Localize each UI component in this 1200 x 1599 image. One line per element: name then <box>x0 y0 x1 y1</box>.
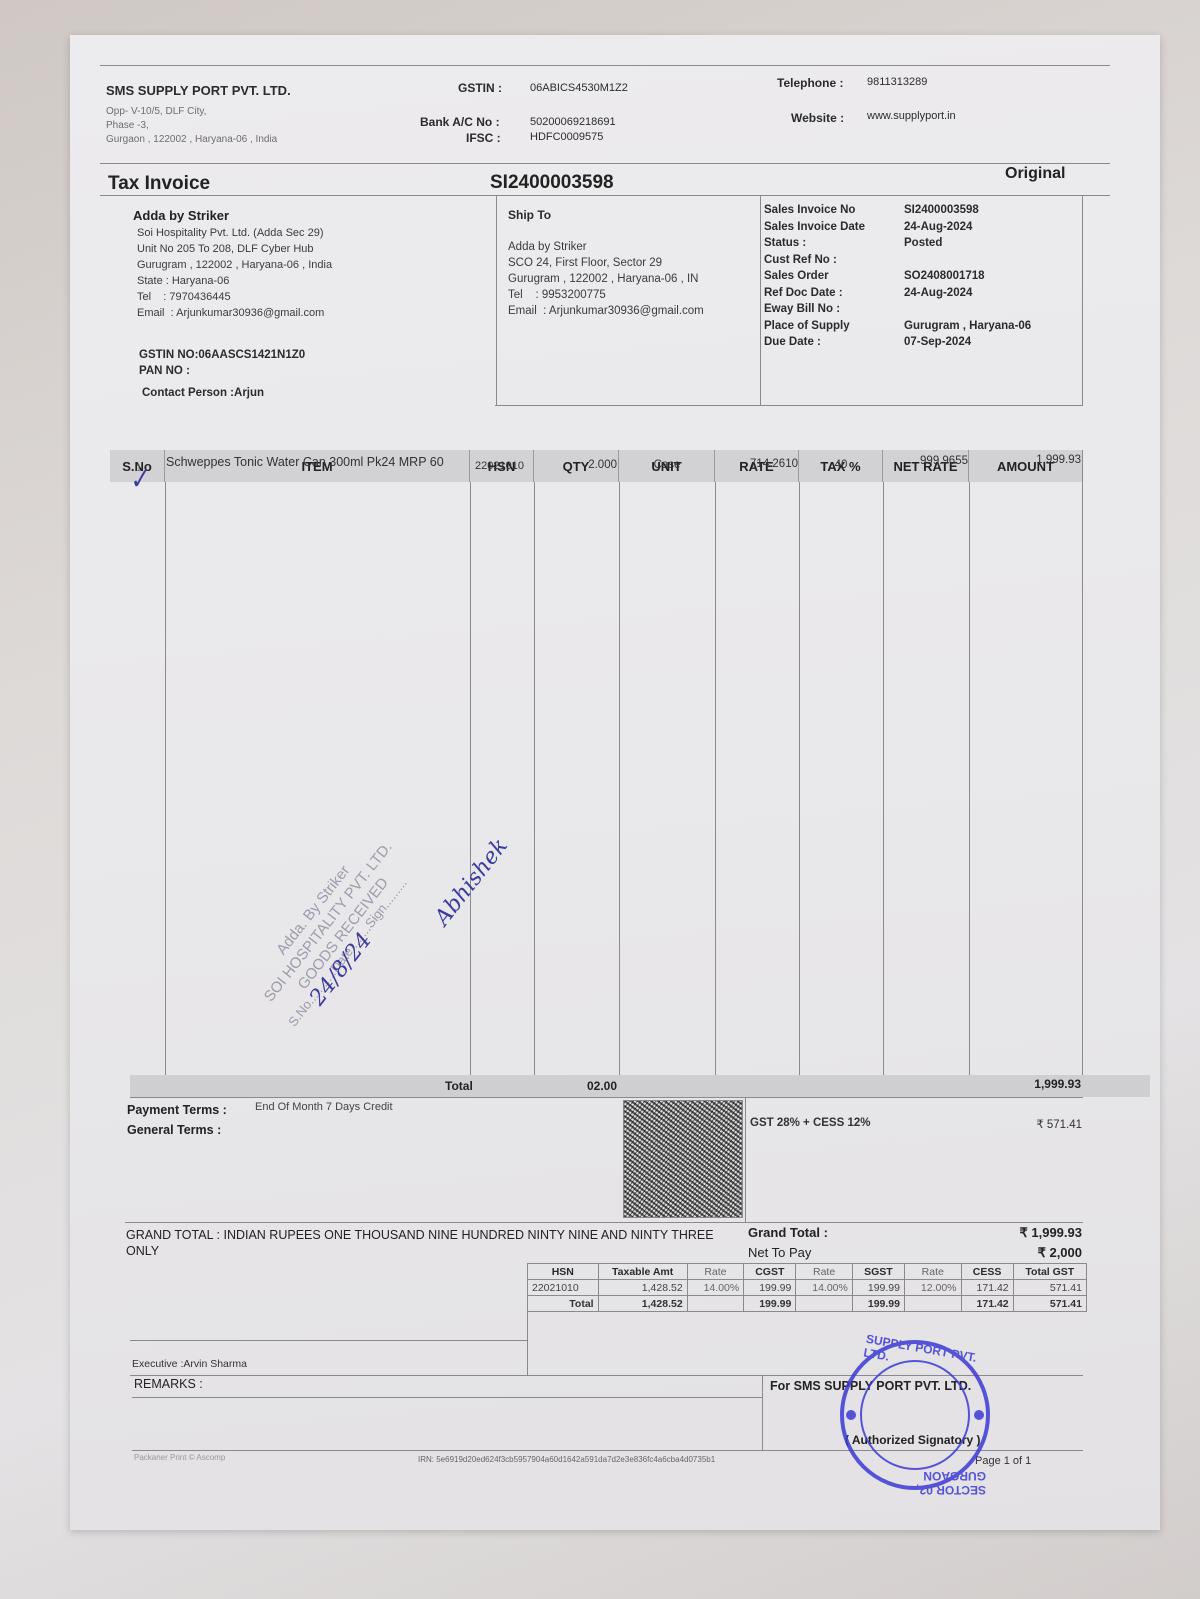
page-number: Page 1 of 1 <box>975 1455 1031 1467</box>
printed-by: Packaner Print © Ascomp <box>134 1453 225 1462</box>
meta-sales-order: SO2408001718 <box>904 268 985 285</box>
rate-cell: 12.00% <box>904 1280 961 1296</box>
meta-ref-doc-date: 24-Aug-2024 <box>904 285 972 302</box>
ship-to-line: Tel : 9953200775 <box>508 287 704 303</box>
rate-cell: 14.00% <box>687 1280 744 1296</box>
ship-to-label: Ship To <box>508 208 551 222</box>
meta-row: Sales Invoice Date24-Aug-2024 <box>764 219 1031 236</box>
ship-to-line: Email : Arjunkumar30936@gmail.com <box>508 303 704 319</box>
taxable-total-cell: 1,428.52 <box>598 1296 687 1312</box>
meta-status: Posted <box>904 235 942 252</box>
seal-bottom-text: SECTOR 02, GURGAON <box>874 1469 986 1497</box>
meta-row: Place of SupplyGurugram , Haryana-06 <box>764 318 1031 335</box>
cgst-rate-col: Rate <box>687 1264 744 1280</box>
table-total-row: Total 1,428.52 199.99 199.99 171.42 571.… <box>528 1296 1087 1312</box>
meta-due-date: 07-Sep-2024 <box>904 334 971 351</box>
cess-total-cell: 171.42 <box>961 1296 1013 1312</box>
seller-address-line: Opp- V-10/5, DLF City, <box>106 105 277 119</box>
rate-cell <box>904 1296 961 1312</box>
total-label-cell: Total <box>528 1296 599 1312</box>
cess-col: CESS <box>961 1264 1013 1280</box>
total-gst-total-cell: 571.41 <box>1013 1296 1086 1312</box>
bill-to-tax-ids: GSTIN NO:06AASCS1421N1Z0 PAN NO : <box>139 347 305 379</box>
telephone-label: Telephone : <box>777 76 843 90</box>
seller-address-line: Phase -3, <box>106 119 277 133</box>
bank-account: 50200069218691 <box>530 116 616 128</box>
invoice-meta: Sales Invoice NoSI2400003598 Sales Invoi… <box>764 202 1031 351</box>
meta-row: Cust Ref No : <box>764 252 1031 269</box>
sgst-col: SGST <box>852 1264 904 1280</box>
irn-number: IRN: 5e6919d20ed624f3cb5957904a60d1642a5… <box>418 1455 715 1464</box>
bill-to-line: Email : Arjunkumar30936@gmail.com <box>137 305 332 321</box>
row-unit: Case <box>619 459 715 471</box>
meta-invoice-no: SI2400003598 <box>904 202 979 219</box>
meta-place-of-supply: Gurugram , Haryana-06 <box>904 318 1031 335</box>
meta-row: Due Date :07-Sep-2024 <box>764 334 1031 351</box>
rate-cell <box>687 1296 744 1312</box>
bill-to-line: Soi Hospitality Pvt. Ltd. (Adda Sec 29) <box>137 225 332 241</box>
payment-terms-value: End Of Month 7 Days Credit <box>255 1101 393 1113</box>
total-gst-cell: 571.41 <box>1013 1280 1086 1296</box>
total-qty: 02.00 <box>534 1079 617 1093</box>
handwritten-signature: Abhishek <box>430 834 513 931</box>
remarks-label: REMARKS : <box>134 1377 203 1391</box>
row-item: Schweppes Tonic Water Can 300ml Pk24 MRP… <box>166 455 466 470</box>
row-tax: 40 <box>799 459 883 471</box>
seal-inner-ring <box>860 1360 970 1470</box>
ship-to-line: SCO 24, First Floor, Sector 29 <box>508 255 704 271</box>
rate-cell <box>796 1296 853 1312</box>
invoice-number: SI2400003598 <box>490 172 614 194</box>
bill-to-line: State : Haryana-06 <box>137 273 332 289</box>
tax-summary-value: ₹ 571.41 <box>990 1117 1082 1131</box>
net-to-pay-label: Net To Pay <box>748 1245 811 1260</box>
meta-invoice-date: 24-Aug-2024 <box>904 219 972 236</box>
meta-row: Sales Invoice NoSI2400003598 <box>764 202 1031 219</box>
cgst-col: CGST <box>744 1264 796 1280</box>
total-label: Total <box>445 1079 473 1093</box>
total-amount: 1,999.93 <box>969 1077 1081 1091</box>
table-row: 22021010 1,428.52 14.00% 199.99 14.00% 1… <box>528 1280 1087 1296</box>
gstin-label: GSTIN : <box>458 81 502 95</box>
general-terms-label: General Terms : <box>127 1123 221 1137</box>
bill-to-name: Adda by Striker <box>133 208 229 223</box>
taxable-cell: 1,428.52 <box>598 1280 687 1296</box>
document-title: Tax Invoice <box>108 173 210 195</box>
row-amount: 1,999.93 <box>969 454 1081 466</box>
grand-total-label: Grand Total : <box>748 1225 828 1240</box>
cess-cell: 171.42 <box>961 1280 1013 1296</box>
cess-rate-col: Rate <box>904 1264 961 1280</box>
row-hsn: 22021010 <box>475 460 524 472</box>
ifsc-code: HDFC0009575 <box>530 131 603 143</box>
grand-total-value: ₹ 1,999.93 <box>970 1225 1082 1241</box>
sgst-total-cell: 199.99 <box>852 1296 904 1312</box>
company-seal: SUPPLY PORT PVT. LTD. SECTOR 02, GURGAON <box>840 1340 990 1490</box>
meta-row: Eway Bill No : <box>764 301 1031 318</box>
bill-to-address: Soi Hospitality Pvt. Ltd. (Adda Sec 29) … <box>137 225 332 321</box>
hsn-header-row: HSN Taxable Amt Rate CGST Rate SGST Rate… <box>528 1264 1087 1280</box>
seller-address: Opp- V-10/5, DLF City, Phase -3, Gurgaon… <box>106 105 277 147</box>
ship-to-line: Gurugram , 122002 , Haryana-06 , IN <box>508 271 704 287</box>
bill-to-line: Unit No 205 To 208, DLF Cyber Hub <box>137 241 332 257</box>
hsn-summary-table: HSN Taxable Amt Rate CGST Rate SGST Rate… <box>527 1263 1087 1312</box>
tax-summary-label: GST 28% + CESS 12% <box>750 1117 871 1129</box>
invoice-page: SMS SUPPLY PORT PVT. LTD. Opp- V-10/5, D… <box>70 35 1160 1530</box>
payment-terms-label: Payment Terms : <box>127 1103 227 1117</box>
sgst-rate-col: Rate <box>796 1264 853 1280</box>
row-net-rate: 999.9655 <box>883 455 968 467</box>
rate-cell: 14.00% <box>796 1280 853 1296</box>
seller-gstin: 06ABICS4530M1Z2 <box>530 82 628 94</box>
seller-address-line: Gurgaon , 122002 , Haryana-06 , India <box>106 133 277 147</box>
ship-to-address: Adda by Striker SCO 24, First Floor, Sec… <box>508 239 704 319</box>
hsn-col: HSN <box>528 1264 599 1280</box>
row-qty: 2.000 <box>534 459 617 471</box>
bill-to-gstin: GSTIN NO:06AASCS1421N1Z0 <box>139 347 305 363</box>
row-rate: 714.2610 <box>715 458 798 470</box>
taxable-col: Taxable Amt <box>598 1264 687 1280</box>
seal-dot <box>846 1410 856 1420</box>
copy-type: Original <box>1005 165 1065 183</box>
seal-dot <box>974 1410 984 1420</box>
website-label: Website : <box>791 111 844 125</box>
sgst-cell: 199.99 <box>852 1280 904 1296</box>
grand-total-words: GRAND TOTAL : INDIAN RUPEES ONE THOUSAND… <box>126 1227 746 1259</box>
ifsc-label: IFSC : <box>466 131 501 145</box>
qr-code <box>623 1100 743 1218</box>
cgst-total-cell: 199.99 <box>744 1296 796 1312</box>
seller-telephone: 9811313289 <box>867 76 927 88</box>
total-gst-col: Total GST <box>1013 1264 1086 1280</box>
cgst-cell: 199.99 <box>744 1280 796 1296</box>
net-to-pay-value: ₹ 2,000 <box>970 1245 1082 1261</box>
seller-name: SMS SUPPLY PORT PVT. LTD. <box>106 83 291 98</box>
seller-website: www.supplyport.in <box>867 110 956 122</box>
meta-row: Sales OrderSO2408001718 <box>764 268 1031 285</box>
ship-to-line: Adda by Striker <box>508 239 704 255</box>
hsn-cell: 22021010 <box>528 1280 599 1296</box>
contact-person: Contact Person :Arjun <box>142 387 264 399</box>
bill-to-line: Tel : 7970436445 <box>137 289 332 305</box>
bill-to-line: Gurugram , 122002 , Haryana-06 , India <box>137 257 332 273</box>
meta-row: Ref Doc Date :24-Aug-2024 <box>764 285 1031 302</box>
bill-to-pan: PAN NO : <box>139 363 305 379</box>
bank-label: Bank A/C No : <box>420 115 500 129</box>
meta-row: Status :Posted <box>764 235 1031 252</box>
executive-name: Executive :Arvin Sharma <box>132 1358 247 1370</box>
